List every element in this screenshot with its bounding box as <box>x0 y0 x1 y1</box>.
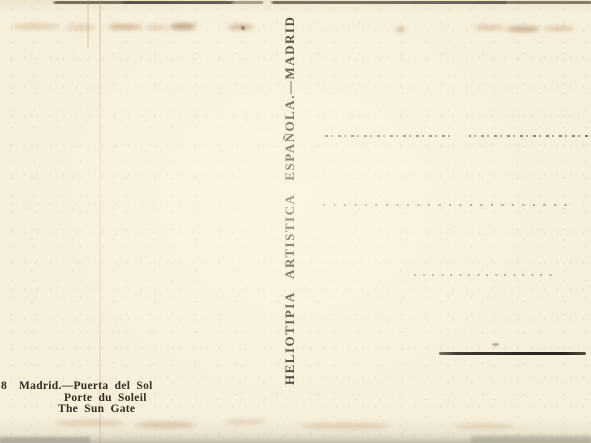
paper-crease <box>99 0 101 443</box>
stain <box>300 423 390 429</box>
stain <box>146 25 168 30</box>
top-scan-edge <box>0 1 591 4</box>
stain <box>506 26 540 32</box>
stain <box>544 26 574 31</box>
address-line-2 <box>323 204 575 206</box>
publisher-imprint: HELIOTIPIA ARTISTICA ESPAÑOLA.—MADRID <box>282 85 302 385</box>
caption-line-spanish: 8 Madrid.—Puerta del Sol <box>1 381 153 393</box>
stain <box>12 24 60 29</box>
stain <box>396 27 405 32</box>
bottom-right-scan-shadow <box>471 436 591 443</box>
address-line-1 <box>325 135 589 137</box>
signature-line <box>439 352 586 355</box>
caption-title-spanish: Madrid.—Puerta del Sol <box>19 381 153 393</box>
ink-speck <box>492 343 499 346</box>
caption-title-english: The Sun Gate <box>1 404 153 416</box>
address-line-3 <box>414 274 556 276</box>
postcard-back: HELIOTIPIA ARTISTICA ESPAÑOLA.—MADRID 8 … <box>0 0 591 443</box>
stain <box>55 420 125 426</box>
stain <box>455 424 515 429</box>
stain <box>135 422 195 428</box>
stain <box>66 25 96 30</box>
stain <box>108 24 142 30</box>
caption-number: 8 <box>1 381 9 393</box>
stain <box>170 23 196 30</box>
line-gap <box>453 135 469 137</box>
stain <box>241 26 245 30</box>
bottom-left-scan-shadow <box>0 437 90 443</box>
caption: 8 Madrid.—Puerta del Sol Porte du Soleil… <box>1 381 153 416</box>
paper-crease-short <box>87 0 89 48</box>
stain <box>228 24 254 30</box>
stain <box>474 25 504 30</box>
stain <box>225 419 265 424</box>
